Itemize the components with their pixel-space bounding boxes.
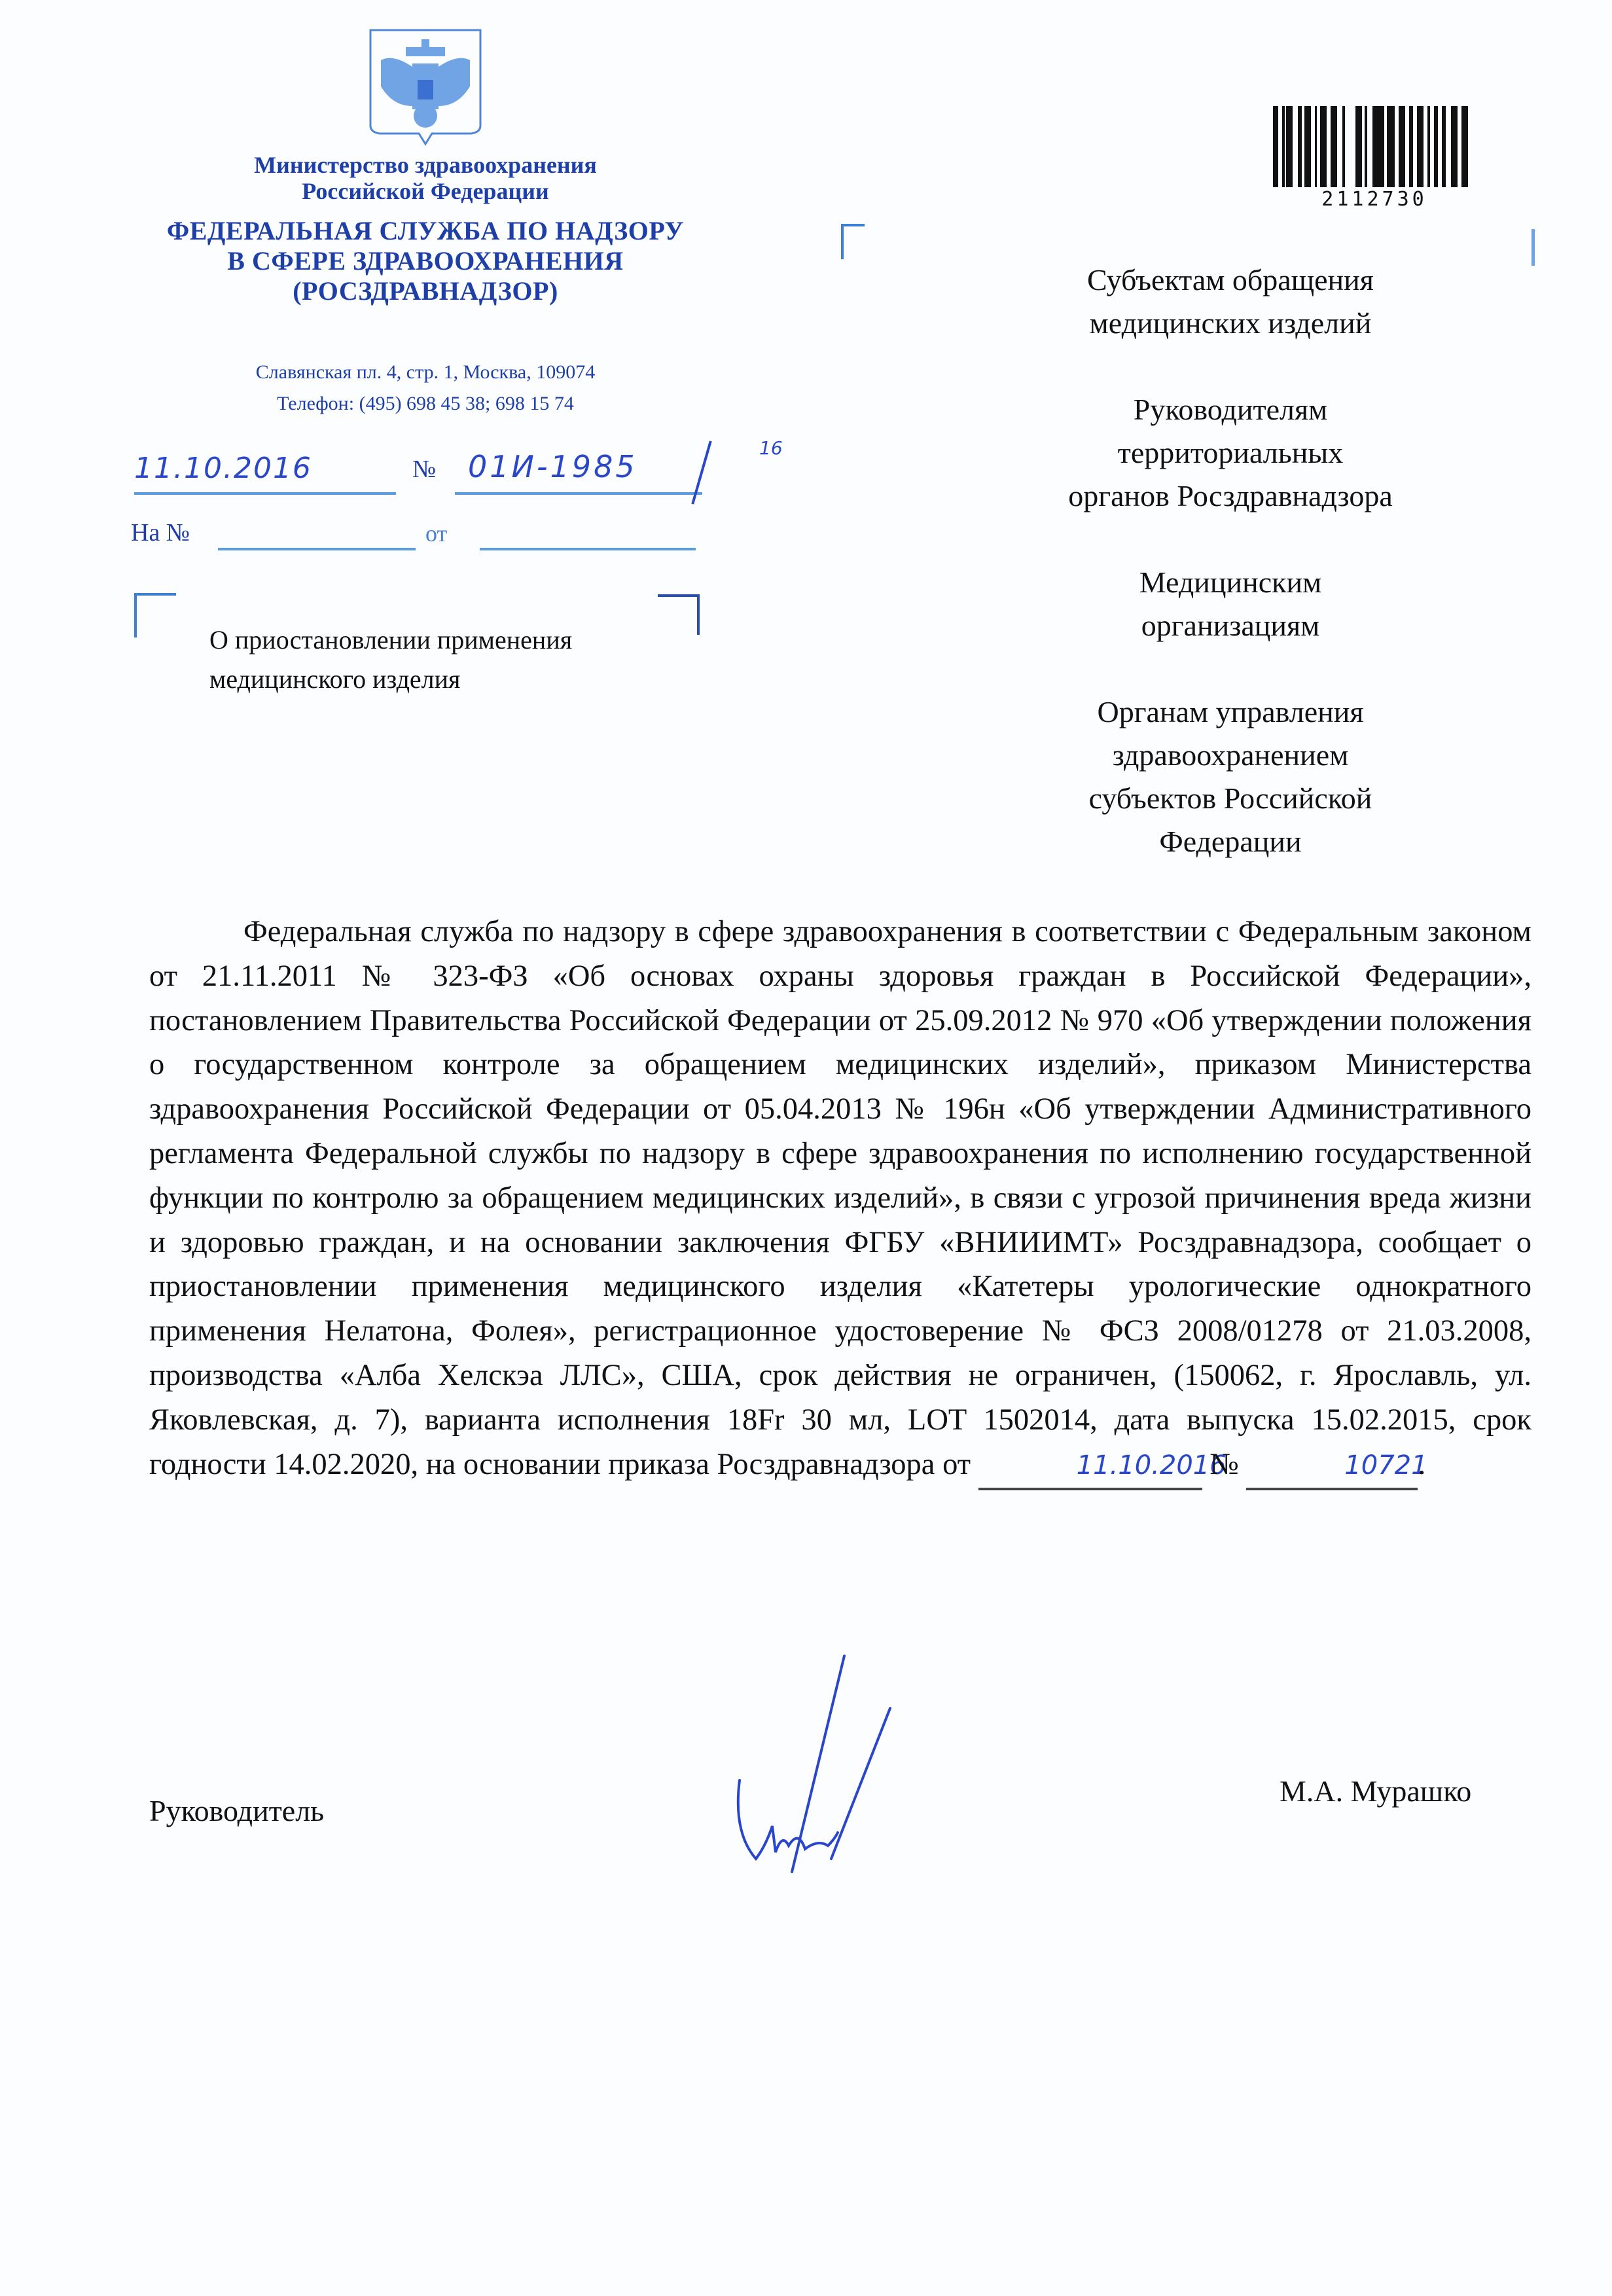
order-number: 10721 [1246,1444,1418,1491]
addressee-line: здравоохранением [982,734,1479,777]
service-line-3: (РОСЗДРАВНАДЗОР) [118,276,733,306]
service-line-1: ФЕДЕРАЛЬНАЯ СЛУЖБА ПО НАДЗОРУ [118,216,733,246]
addressee-list: Субъектам обращения медицинских изделий … [982,259,1479,906]
reply-date-field-line [480,548,696,550]
addressee-line: медицинских изделий [982,302,1479,345]
number-field-line [455,492,702,495]
handwritten-signature-icon [694,1649,1060,1892]
ministry-line-1: Министерство здравоохранения [151,152,700,178]
addressee-line: субъектов Российской [982,777,1479,820]
reply-number-label: На № [131,518,190,547]
contact-info: Славянская пл. 4, стр. 1, Москва, 109074… [151,357,700,420]
phone: Телефон: (495) 698 45 38; 698 15 74 [151,388,700,420]
addressee-bracket-right [1505,229,1535,266]
addressee-line: территориальных [982,431,1479,475]
body-paragraph: Федеральная служба по надзору в сфере зд… [149,910,1531,1490]
registration-date: 11.10.2016 [134,452,312,485]
letter-body: Федеральная служба по надзору в сфере зд… [149,910,1531,1490]
number-slash [691,440,711,504]
subject-line-1: О приостановлении применения [209,620,746,660]
addressee-line: Медицинским [982,561,1479,604]
addressee-bracket-left [841,224,865,259]
service-name: ФЕДЕРАЛЬНАЯ СЛУЖБА ПО НАДЗОРУ В СФЕРЕ ЗД… [118,216,733,306]
barcode-icon [1273,106,1469,187]
addressee-line: Руководителям [982,388,1479,431]
addressee-item: Органам управления здравоохранением субъ… [982,691,1479,863]
service-line-2: В СФЕРЕ ЗДРАВООХРАНЕНИЯ [118,246,733,276]
addressee-line: Федерации [982,820,1479,863]
order-date: 11.10.2016 [978,1444,1202,1491]
registration-number: 01И-1985 [468,449,637,484]
signatory-name: М.А. Мурашко [1280,1774,1471,1808]
ministry-name: Министерство здравоохранения Российской … [151,152,700,204]
ministry-line-2: Российской Федерации [151,178,700,204]
reply-number-field-line [218,548,416,550]
subject-line-2: медицинского изделия [209,660,746,699]
reply-from-label: от [425,520,447,547]
coat-of-arms-icon [367,27,484,152]
addressee-line: Органам управления [982,691,1479,734]
number-label: № [412,455,436,484]
address: Славянская пл. 4, стр. 1, Москва, 109074 [151,357,700,388]
date-field-line [134,492,396,495]
addressee-line: Субъектам обращения [982,259,1479,302]
signatory-title: Руководитель [149,1793,324,1828]
body-end: . [1418,1448,1425,1481]
subject-bracket-left [134,593,176,637]
registration-number-suffix: 16 [759,437,783,459]
addressee-line: органов Росздравнадзора [982,475,1479,518]
addressee-item: Медицинским организациям [982,561,1479,647]
order-number-label: № [1209,1448,1238,1481]
addressee-item: Субъектам обращения медицинских изделий [982,259,1479,345]
barcode-number: 2112730 [1299,188,1450,211]
addressee-line: организациям [982,604,1479,647]
order-from-label: от [942,1448,971,1481]
body-text: Федеральная служба по надзору в сфере зд… [149,915,1531,1481]
addressee-item: Руководителям территориальных органов Ро… [982,388,1479,518]
subject: О приостановлении применения медицинског… [209,620,746,699]
